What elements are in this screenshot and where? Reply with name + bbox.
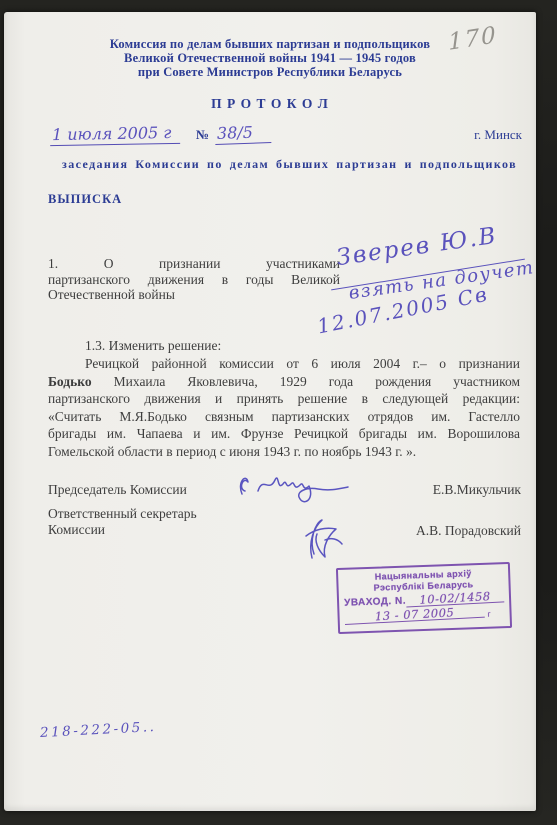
stamp-year-suffix: г [488,610,491,619]
decision-paragraph: Речицкой районной комиссии от 6 июля 200… [48,355,520,460]
decision-surname-bold: Бодько [48,374,92,389]
secretary-label-line2: Комиссии [48,522,197,538]
decision-intro: 1.3. Изменить решение: [48,338,520,354]
decision-block: 1.3. Изменить решение: Речицкой районной… [48,338,520,460]
decision-line6: Гомельской области в период с июня 1943 … [48,443,520,461]
document-page: 170 Комиссия по делам бывших партизан и … [4,12,536,811]
number-sign-label: № [196,127,209,143]
chairman-name: Е.В.Микульчик [433,482,521,498]
letterhead-line1: Комиссия по делам бывших партизан и подп… [4,37,536,51]
city-label: г. Минск [474,127,522,143]
decision-line2: Бодько Михаила Яковлевича, 1929 года рож… [48,373,520,391]
agenda-item-1: 1. О признании участниками партизанского… [48,256,340,303]
chairman-label: Председатель Комиссии [48,482,187,498]
annotation-name: Зверев Ю.В [335,223,499,271]
letterhead-line2: Великой Отечественной войны 1941 — 1945 … [4,51,536,65]
decision-line4: «Считать М.Я.Бодько связным партизанских… [48,408,520,426]
protocol-subject: заседания Комиссии по делам бывших парти… [62,157,517,172]
handwritten-protocol-number: 38/5 [215,122,272,145]
agenda-item-line3: Отечественной войны [48,287,340,303]
stamp-entry-label: УВАХОД. N. [344,596,406,609]
secretary-signature-icon [292,510,346,562]
secretary-label-line1: Ответственный секретарь [48,506,197,522]
decision-line3: партизанского движения и принять решение… [48,390,520,408]
archive-stamp: Нацыянальны архіў Рэспублікі Беларусь УВ… [336,562,512,634]
chairman-signature-icon [230,464,352,510]
secretary-label: Ответственный секретарь Комиссии [48,506,197,538]
protocol-title: П Р О Т О К О Л [4,96,536,112]
handwritten-date: 1 июля 2005 г [50,123,180,146]
decision-line5: бригады им. Чапаева и им. Фрунзе Речицко… [48,425,520,443]
agenda-item-line1: 1. О признании участниками [48,256,340,272]
secretary-name: А.В. Порадовский [416,523,521,539]
letterhead: Комиссия по делам бывших партизан и подп… [4,37,536,79]
extract-label: ВЫПИСКА [48,192,122,207]
letterhead-line3: при Совете Министров Республики Беларусь [4,65,536,79]
decision-line2-rest: Михаила Яковлевича, 1929 года рождения у… [114,374,520,389]
registry-code-handwritten: 218-222-05.. [40,719,157,741]
protocol-meta-row: 1 июля 2005 г № 38/5 г. Минск [4,122,536,148]
scanned-document: 170 Комиссия по делам бывших партизан и … [0,0,557,825]
agenda-item-line2: партизанского движения в годы Великой [48,272,340,288]
decision-line1: Речицкой районной комиссии от 6 июля 200… [85,355,520,373]
